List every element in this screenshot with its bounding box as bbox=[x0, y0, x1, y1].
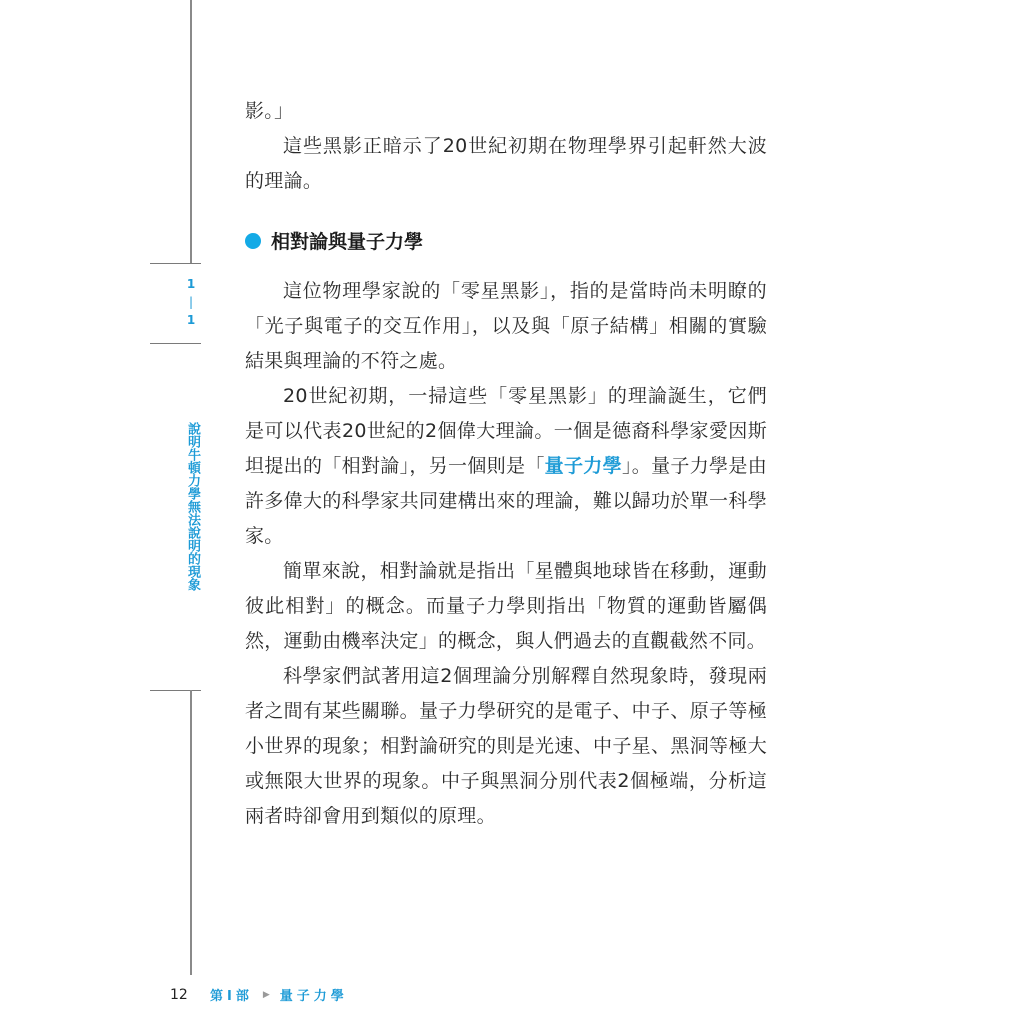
page-body: 影。」 這些黑影正暗示了20世紀初期在物理學界引起軒然大波的理論。 相對論與量子… bbox=[245, 94, 767, 834]
section-number-chapter: 1 bbox=[183, 275, 199, 293]
paragraph: 科學家們試著用這2個理論分別解釋自然現象時，發現兩者之間有某些關聯。量子力學研究… bbox=[245, 659, 767, 834]
margin-vertical-rule-bottom bbox=[190, 690, 192, 975]
margin-horizontal-rule bbox=[150, 263, 201, 264]
page-footer: 12 第Ⅰ部 ▶ 量子力學 bbox=[170, 985, 348, 1004]
triangle-right-icon: ▶ bbox=[263, 990, 270, 1000]
bullet-dot-icon bbox=[245, 233, 261, 249]
paragraph: 這位物理學家說的「零星黑影」，指的是當時尚未明瞭的「光子與電子的交互作用」，以及… bbox=[245, 274, 767, 379]
page-number: 12 bbox=[170, 987, 210, 1003]
part-title: 量子力學 bbox=[280, 985, 348, 1004]
section-number-separator: | bbox=[183, 293, 199, 311]
paragraph: 這些黑影正暗示了20世紀初期在物理學界引起軒然大波的理論。 bbox=[245, 129, 767, 199]
section-number: 1 | 1 bbox=[183, 275, 199, 329]
paragraph: 簡單來說，相對論就是指出「星體與地球皆在移動，運動彼此相對」的概念。而量子力學則… bbox=[245, 554, 767, 659]
margin-horizontal-rule bbox=[150, 690, 201, 691]
part-label: 第Ⅰ部 bbox=[210, 985, 253, 1004]
paragraph: 影。」 bbox=[245, 94, 767, 129]
section-title-vertical: 說明牛頓力學無法說明的現象 bbox=[183, 422, 199, 591]
margin-horizontal-rule bbox=[150, 343, 201, 344]
highlighted-term: 量子力學 bbox=[545, 455, 622, 477]
section-number-section: 1 bbox=[183, 311, 199, 329]
margin-vertical-rule-top bbox=[190, 0, 192, 263]
paragraph: 20世紀初期，一掃這些「零星黑影」的理論誕生，它們是可以代表20世紀的2個偉大理… bbox=[245, 379, 767, 554]
section-heading: 相對論與量子力學 bbox=[245, 227, 767, 254]
section-heading-text: 相對論與量子力學 bbox=[271, 227, 423, 254]
